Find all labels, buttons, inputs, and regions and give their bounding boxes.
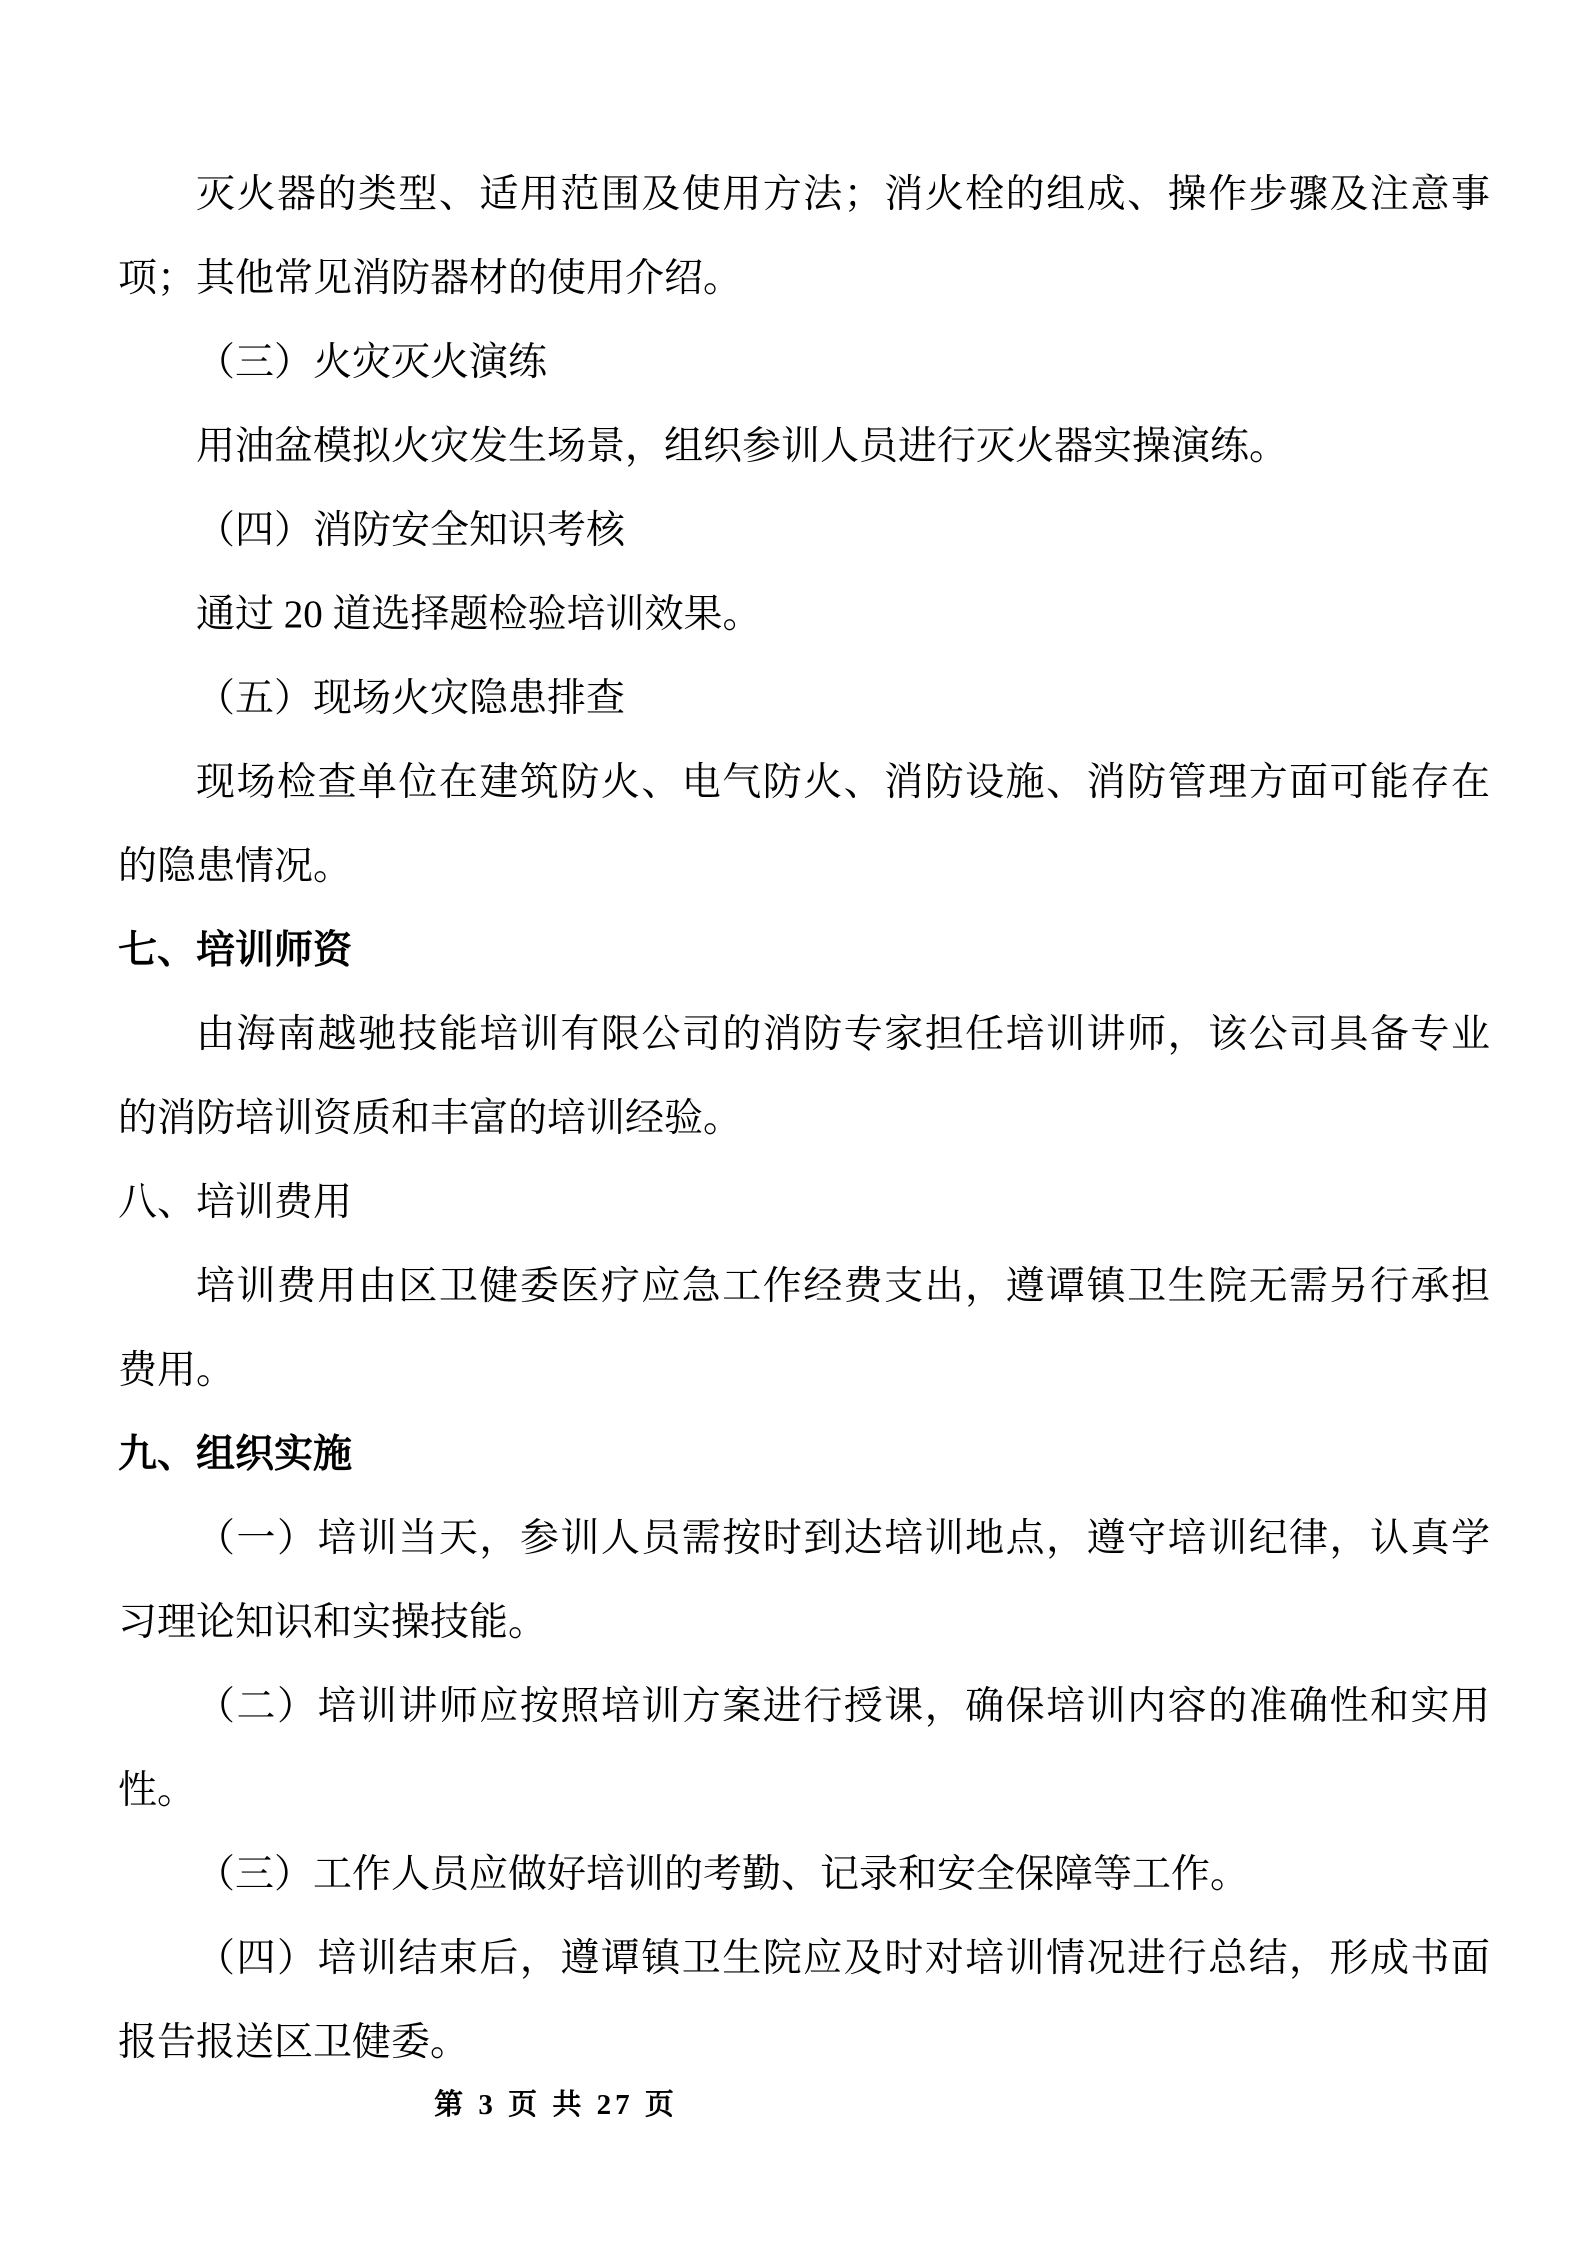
text-line: 培训费用由区卫健委医疗应急工作经费支出，遵谭镇卫生院无需另行承担: [118, 1245, 1490, 1329]
text-line: 现场检查单位在建筑防火、电气防火、消防设施、消防管理方面可能存在: [118, 741, 1490, 825]
text-line: （三）工作人员应做好培训的考勤、记录和安全保障等工作。: [118, 1833, 1490, 1917]
section-heading-7: 七、培训师资: [118, 909, 1490, 993]
text-line: 灭火器的类型、适用范围及使用方法；消火栓的组成、操作步骤及注意事: [118, 153, 1490, 237]
section-heading-9: 九、组织实施: [118, 1413, 1490, 1497]
text-line: 项；其他常见消防器材的使用介绍。: [118, 237, 1490, 321]
list-item-heading-3: （三）火灾灭火演练: [118, 321, 1490, 405]
list-item-heading-4: （四）消防安全知识考核: [118, 489, 1490, 573]
text-line: 费用。: [118, 1329, 1490, 1413]
text-line: 由海南越驰技能培训有限公司的消防专家担任培训讲师，该公司具备专业: [118, 993, 1490, 1077]
page-footer: 第 3 页 共 27 页: [0, 2082, 1112, 2123]
text-line: （四）培训结束后，遵谭镇卫生院应及时对培训情况进行总结，形成书面: [118, 1917, 1490, 2001]
text-line: 习理论知识和实操技能。: [118, 1581, 1490, 1665]
text-line: （二）培训讲师应按照培训方案进行授课，确保培训内容的准确性和实用: [118, 1665, 1490, 1749]
list-item-heading-5: （五）现场火灾隐患排查: [118, 657, 1490, 741]
text-line: 通过 20 道选择题检验培训效果。: [118, 573, 1490, 657]
document-body: 灭火器的类型、适用范围及使用方法；消火栓的组成、操作步骤及注意事 项；其他常见消…: [118, 153, 1490, 2085]
text-line: 性。: [118, 1749, 1490, 1833]
text-line: 的消防培训资质和丰富的培训经验。: [118, 1077, 1490, 1161]
text-line: 报告报送区卫健委。: [118, 2001, 1490, 2085]
section-heading-8: 八、培训费用: [118, 1161, 1490, 1245]
text-line: 用油盆模拟火灾发生场景，组织参训人员进行灭火器实操演练。: [118, 405, 1490, 489]
text-line: 的隐患情况。: [118, 825, 1490, 909]
text-line: （一）培训当天，参训人员需按时到达培训地点，遵守培训纪律，认真学: [118, 1497, 1490, 1581]
document-page: 灭火器的类型、适用范围及使用方法；消火栓的组成、操作步骤及注意事 项；其他常见消…: [0, 0, 1587, 2245]
